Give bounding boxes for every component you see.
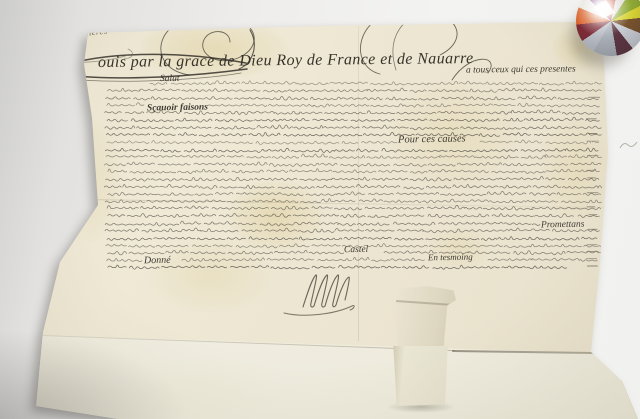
opening-line: ouis par la grace de Dieu Roy de France …: [98, 50, 474, 72]
word-salut: Salut: [160, 74, 180, 84]
stain: [140, 18, 290, 80]
parchment-fold-plica: [0, 0, 640, 419]
stain: [128, 358, 283, 419]
stain: [388, 80, 518, 190]
fold-crease: [358, 26, 359, 341]
seal-tag-lower: [391, 346, 449, 406]
word-scavoir-faisons: Sçauoir faisons: [147, 102, 208, 113]
seal-tag: [394, 286, 456, 348]
parchment-document: Plein pouuoir a Mrs de harlay de crecy e…: [0, 0, 640, 419]
annotation-line: Pour la paix: [19, 32, 170, 59]
fold-crease: [84, 199, 604, 208]
manuscript-body-handwriting: [0, 0, 640, 419]
photograph: Plein pouuoir a Mrs de harlay de crecy e…: [0, 0, 640, 419]
word-en-tesmoing: En tesmoing: [428, 252, 473, 263]
fold-crease: [43, 335, 455, 351]
stain: [58, 118, 120, 243]
address-line: a tous ceux qui ces presentes: [466, 64, 576, 75]
stain: [426, 226, 490, 270]
seal-tag-fold: [396, 300, 454, 306]
seal-tag-shadow: [386, 401, 456, 413]
stain: [148, 238, 273, 313]
word-promettans: Promettans: [541, 220, 585, 231]
word-donne: Donné: [144, 255, 171, 266]
annotation-line: de crecy et de callieres: [18, 18, 169, 45]
stain: [298, 362, 443, 414]
word-pour-ces-causes: Pour ces causes: [398, 133, 466, 145]
archival-annotation: Plein pouuoir a Mrs de harlay de crecy e…: [16, 5, 169, 60]
stain: [540, 118, 610, 223]
word-castel: Castel: [344, 245, 368, 255]
parchment-sheet: Plein pouuoir a Mrs de harlay de crecy e…: [0, 0, 640, 419]
stain: [228, 180, 323, 252]
annotation-line: Plein pouuoir a Mrs de harlay: [16, 5, 167, 32]
seal-tag-slit: [452, 350, 593, 354]
